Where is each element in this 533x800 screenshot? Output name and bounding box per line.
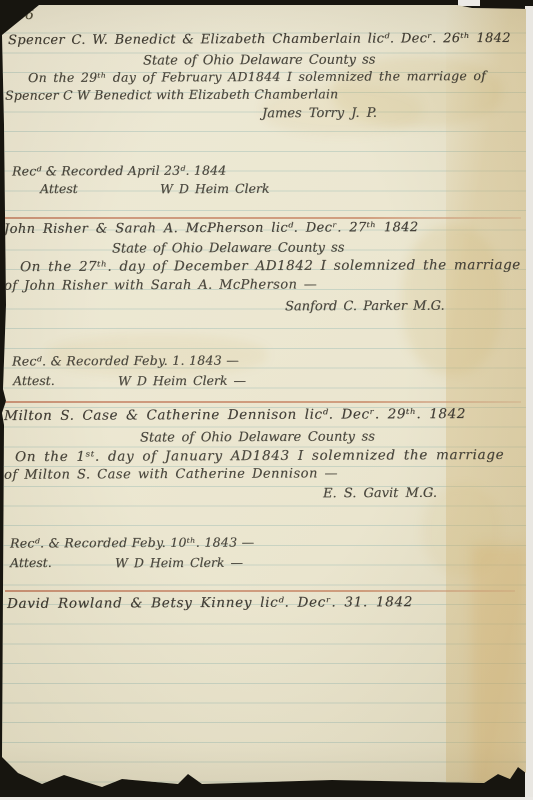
scanned-ledger-photo: 66 Spencer C. W. Benedict & Elizabeth Ch…	[0, 0, 533, 800]
ledger-page: 66 Spencer C. W. Benedict & Elizabeth Ch…	[2, 5, 526, 790]
photo-vignette-overlay	[2, 5, 526, 790]
scan-background-right-strip	[525, 6, 533, 797]
torn-edge-notch	[458, 0, 480, 6]
